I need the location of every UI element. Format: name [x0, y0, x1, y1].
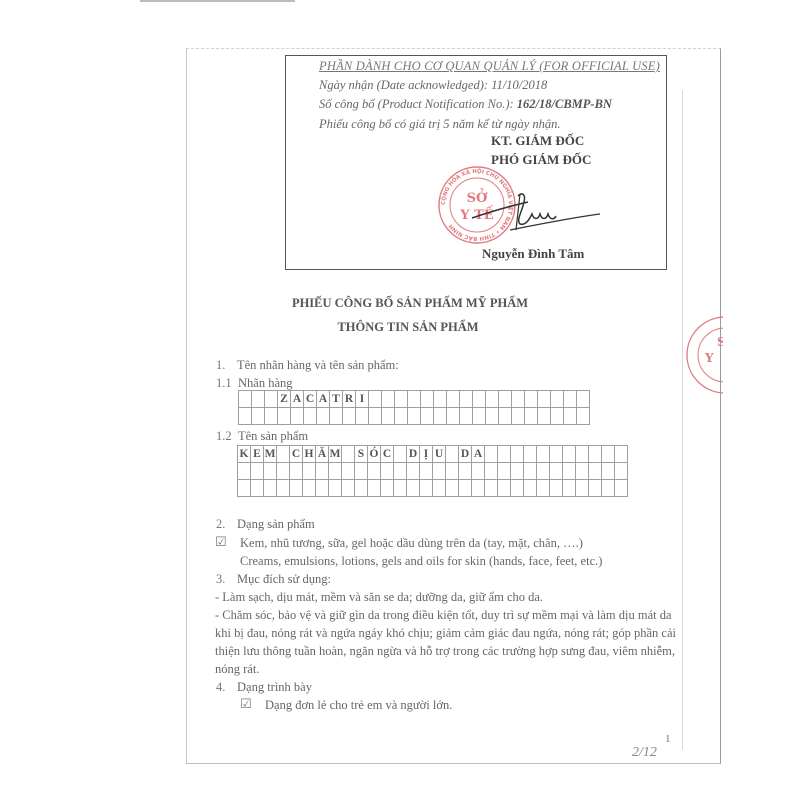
section-1-number: 1. [216, 358, 225, 373]
grid-cell: D [407, 446, 420, 463]
grid-cell [394, 463, 407, 480]
grid-cell [564, 391, 577, 408]
grid-cell [499, 408, 512, 425]
grid-cell [408, 391, 421, 408]
grid-cell [304, 408, 317, 425]
product-form-vi: Kem, nhũ tương, sữa, gel hoặc dầu dùng t… [240, 536, 583, 551]
grid-cell [615, 480, 628, 497]
grid-cell [251, 463, 264, 480]
grid-cell [329, 480, 342, 497]
grid-cell [342, 463, 355, 480]
grid-cell [486, 391, 499, 408]
notification-number: Số công bố (Product Notification No.): 1… [319, 97, 612, 112]
grid-cell [277, 480, 290, 497]
grid-cell [238, 463, 251, 480]
product-label: Tên sản phẩm [238, 429, 308, 444]
grid-cell [499, 391, 512, 408]
grid-cell [576, 446, 589, 463]
grid-cell [329, 463, 342, 480]
grid-cell [342, 446, 355, 463]
grid-cell [369, 408, 382, 425]
grid-cell [473, 408, 486, 425]
grid-cell [537, 446, 550, 463]
grid-cell: C [381, 446, 394, 463]
grid-cell [369, 391, 382, 408]
grid-cell [576, 480, 589, 497]
grid-cell [290, 463, 303, 480]
grid-cell [368, 480, 381, 497]
grid-cell [382, 408, 395, 425]
grid-cell [278, 408, 291, 425]
brand-name-grid: ZACATRI [238, 390, 590, 425]
grid-cell [485, 480, 498, 497]
grid-cell [265, 408, 278, 425]
section-2-number: 2. [216, 517, 225, 532]
document-subtitle: THÔNG TIN SẢN PHẨM [8, 320, 800, 335]
purpose-line: nóng rát. [215, 662, 259, 677]
grid-cell: I [356, 391, 369, 408]
page-number: 1 [665, 733, 671, 745]
grid-cell [343, 408, 356, 425]
grid-cell [251, 480, 264, 497]
brand-number: 1.1 [216, 376, 232, 391]
grid-cell: D [459, 446, 472, 463]
grid-cell [239, 391, 252, 408]
grid-cell: Ó [368, 446, 381, 463]
grid-cell: A [291, 391, 304, 408]
grid-cell [316, 463, 329, 480]
grid-cell: H [303, 446, 316, 463]
grid-cell [446, 480, 459, 497]
grid-cell: M [329, 446, 342, 463]
grid-cell: Z [278, 391, 291, 408]
section-2-label: Dạng sản phẩm [237, 517, 315, 532]
grid-cell [408, 408, 421, 425]
grid-cell [395, 408, 408, 425]
notification-number-label: Số công bố (Product Notification No.): [319, 97, 514, 111]
grid-cell [589, 446, 602, 463]
grid-cell [238, 480, 251, 497]
grid-cell [459, 463, 472, 480]
grid-cell [459, 480, 472, 497]
grid-row [238, 463, 628, 480]
official-use-title: PHẦN DÀNH CHO CƠ QUAN QUẢN LÝ (FOR OFFIC… [319, 59, 660, 74]
section-4-label: Dạng trình bày [237, 680, 312, 695]
grid-cell [433, 463, 446, 480]
grid-cell [355, 463, 368, 480]
handwritten-note: 2/12 [632, 745, 657, 761]
grid-cell: M [264, 446, 277, 463]
grid-row [238, 480, 628, 497]
grid-cell [264, 480, 277, 497]
grid-cell [498, 463, 511, 480]
grid-cell [317, 408, 330, 425]
grid-cell: S [355, 446, 368, 463]
validity-note: Phiếu công bố có giá trị 5 năm kể từ ngà… [319, 117, 561, 132]
grid-cell [550, 463, 563, 480]
scan-fold-line [682, 90, 683, 750]
grid-cell [446, 446, 459, 463]
purpose-line: - Làm sạch, dịu mát, mềm và săn se da; d… [215, 590, 543, 605]
grid-cell [537, 463, 550, 480]
checkbox-checked-icon[interactable]: ☑ [215, 535, 227, 550]
grid-cell [602, 463, 615, 480]
grid-cell [330, 408, 343, 425]
grid-cell [473, 391, 486, 408]
grid-cell [265, 391, 278, 408]
grid-cell [589, 463, 602, 480]
grid-cell [239, 408, 252, 425]
grid-cell [446, 463, 459, 480]
section-1-label: Tên nhãn hàng và tên sản phẩm: [237, 358, 399, 373]
grid-cell: R [343, 391, 356, 408]
grid-cell [602, 446, 615, 463]
date-acknowledged-label: Ngày nhận (Date acknowledged): [319, 78, 488, 92]
grid-cell [277, 446, 290, 463]
grid-cell [472, 463, 485, 480]
notification-number-value: 162/18/CBMP-BN [517, 97, 612, 111]
svg-text:S: S [717, 335, 723, 349]
grid-cell [290, 480, 303, 497]
presentation-option: Dạng đơn lẻ cho trẻ em và người lớn. [265, 698, 452, 713]
grid-cell [472, 480, 485, 497]
grid-row [239, 408, 590, 425]
grid-cell: K [238, 446, 251, 463]
grid-cell [511, 480, 524, 497]
product-name-grid: KEMCHĂMSÓCDỊUDA [237, 445, 628, 497]
grid-cell [576, 463, 589, 480]
grid-cell [537, 480, 550, 497]
signer-title-1: KT. GIÁM ĐỐC [491, 133, 584, 149]
grid-cell [407, 480, 420, 497]
purpose-line: thiện lưu thông tuần hoàn, ngăn ngừa và … [215, 644, 675, 659]
grid-cell [264, 463, 277, 480]
grid-cell [291, 408, 304, 425]
grid-cell [577, 408, 590, 425]
grid-cell [512, 408, 525, 425]
document-title: PHIẾU CÔNG BỐ SẢN PHẨM MỸ PHẨM [10, 296, 800, 311]
grid-cell: C [304, 391, 317, 408]
grid-cell [577, 391, 590, 408]
grid-cell [382, 391, 395, 408]
grid-cell [381, 480, 394, 497]
grid-cell [498, 480, 511, 497]
grid-cell [538, 408, 551, 425]
grid-cell [602, 480, 615, 497]
grid-cell [525, 391, 538, 408]
grid-cell [524, 446, 537, 463]
product-form-en: Creams, emulsions, lotions, gels and oil… [240, 554, 602, 569]
grid-cell [420, 463, 433, 480]
grid-cell [421, 408, 434, 425]
grid-cell [525, 408, 538, 425]
grid-cell: A [317, 391, 330, 408]
grid-cell [252, 391, 265, 408]
section-3-label: Mục đích sử dụng: [237, 572, 331, 587]
grid-cell [381, 463, 394, 480]
grid-cell [550, 446, 563, 463]
grid-cell [524, 480, 537, 497]
grid-cell: C [290, 446, 303, 463]
grid-cell [589, 480, 602, 497]
grid-cell [356, 408, 369, 425]
grid-cell [355, 480, 368, 497]
grid-cell [395, 391, 408, 408]
purpose-line: - Chăm sóc, bảo vệ và giữ gìn da trong đ… [215, 608, 672, 623]
grid-cell [460, 408, 473, 425]
grid-row: KEMCHĂMSÓCDỊUDA [238, 446, 628, 463]
grid-cell [252, 408, 265, 425]
grid-cell [485, 463, 498, 480]
grid-cell [303, 480, 316, 497]
grid-cell [485, 446, 498, 463]
grid-cell [511, 446, 524, 463]
grid-cell [316, 480, 329, 497]
grid-cell [394, 446, 407, 463]
date-acknowledged-value: 11/10/2018 [491, 78, 547, 92]
grid-cell [551, 408, 564, 425]
grid-cell [512, 391, 525, 408]
grid-cell: E [251, 446, 264, 463]
grid-cell [524, 463, 537, 480]
grid-cell: A [472, 446, 485, 463]
grid-cell [538, 391, 551, 408]
grid-cell [551, 391, 564, 408]
grid-cell [303, 463, 316, 480]
grid-cell [511, 463, 524, 480]
grid-cell: T [330, 391, 343, 408]
grid-cell [433, 480, 446, 497]
grid-cell [563, 480, 576, 497]
brand-label: Nhãn hàng [238, 376, 293, 391]
grid-cell [407, 463, 420, 480]
grid-cell [460, 391, 473, 408]
grid-cell [563, 446, 576, 463]
grid-cell [563, 463, 576, 480]
grid-cell [447, 408, 460, 425]
grid-cell [447, 391, 460, 408]
grid-cell: U [433, 446, 446, 463]
grid-cell [486, 408, 499, 425]
product-number: 1.2 [216, 429, 232, 444]
signer-name: Nguyễn Đình Tâm [482, 246, 584, 262]
grid-cell [434, 391, 447, 408]
grid-cell [420, 480, 433, 497]
grid-cell [277, 463, 290, 480]
signature-icon [470, 190, 605, 235]
grid-cell [421, 391, 434, 408]
grid-cell [368, 463, 381, 480]
scan-artifact [140, 0, 295, 2]
section-4-number: 4. [216, 680, 225, 695]
svg-text:Y: Y [704, 351, 714, 365]
section-3-number: 3. [216, 572, 225, 587]
grid-cell [615, 446, 628, 463]
grid-cell: Ị [420, 446, 433, 463]
grid-row: ZACATRI [239, 391, 590, 408]
grid-cell [564, 408, 577, 425]
checkbox-checked-icon[interactable]: ☑ [240, 697, 252, 712]
grid-cell: Ă [316, 446, 329, 463]
grid-cell [550, 480, 563, 497]
purpose-line: khi bị đau, nóng rát và ngứa ngáy khó ch… [215, 626, 676, 641]
grid-cell [342, 480, 355, 497]
grid-cell [434, 408, 447, 425]
grid-cell [394, 480, 407, 497]
date-acknowledged: Ngày nhận (Date acknowledged): 11/10/201… [319, 78, 547, 93]
grid-cell [615, 463, 628, 480]
grid-cell [498, 446, 511, 463]
